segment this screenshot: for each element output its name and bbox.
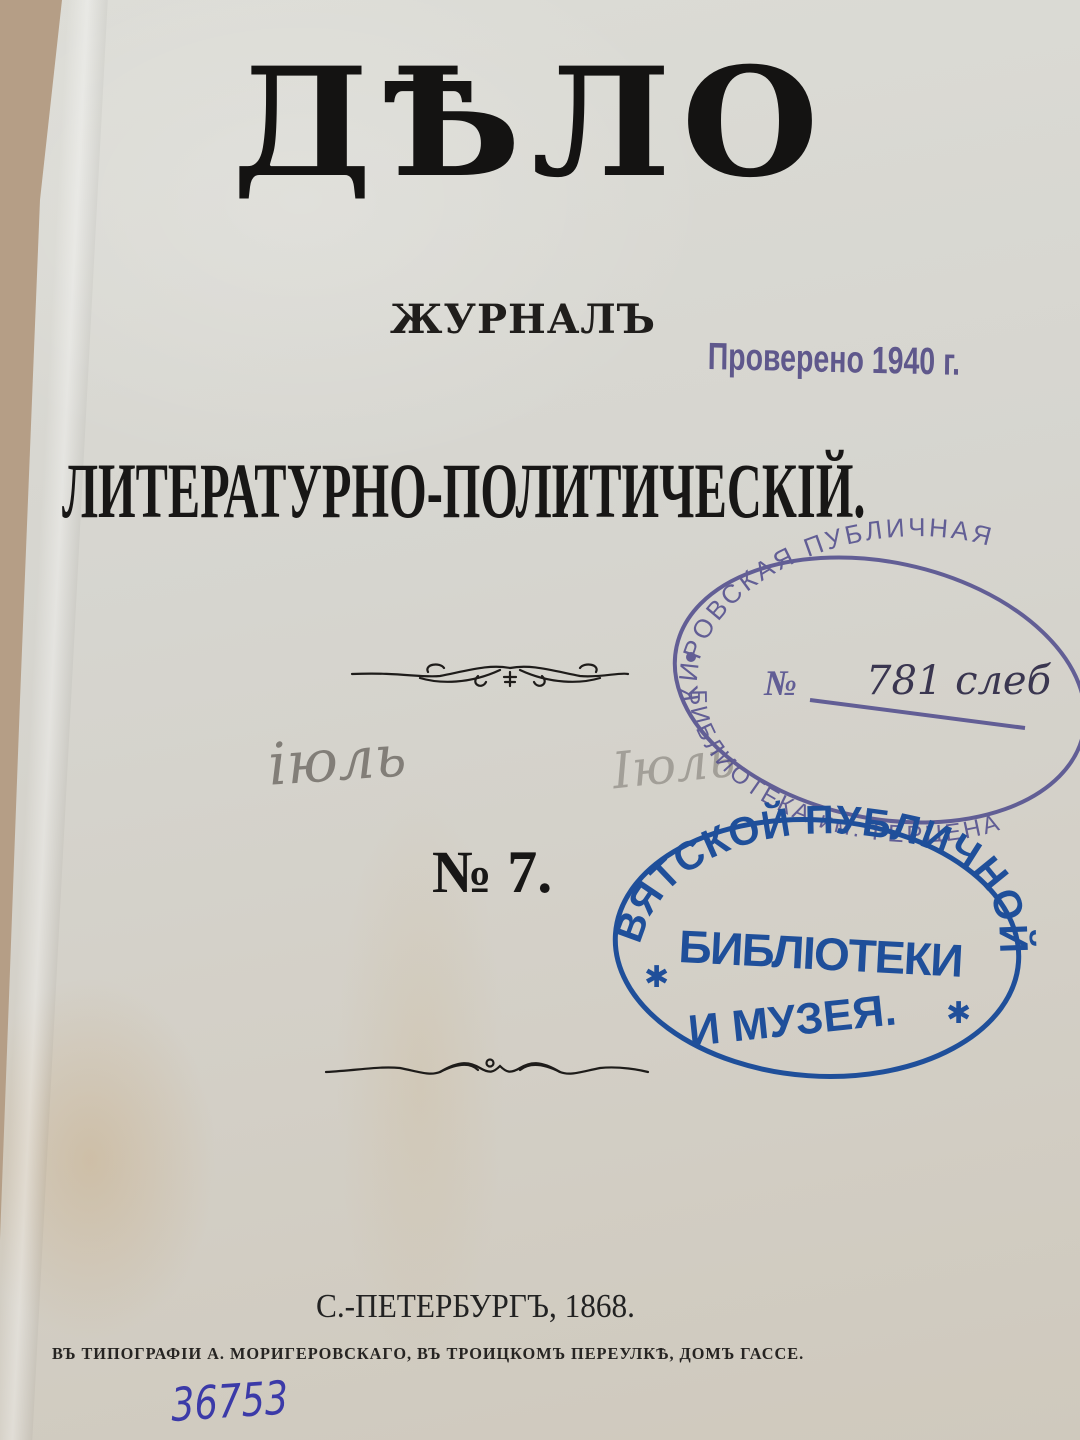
- printer-imprint: ВЪ ТИПОГРАФІИ А. МОРИГЕРОВСКАГО, ВЪ ТРОИ…: [52, 1344, 804, 1364]
- publication-place-year: С.-ПЕТЕРБУРГЪ, 1868.: [316, 1288, 635, 1326]
- inventory-number: 36753: [170, 1370, 289, 1432]
- ornament-divider-bottom: [0, 0, 1080, 1440]
